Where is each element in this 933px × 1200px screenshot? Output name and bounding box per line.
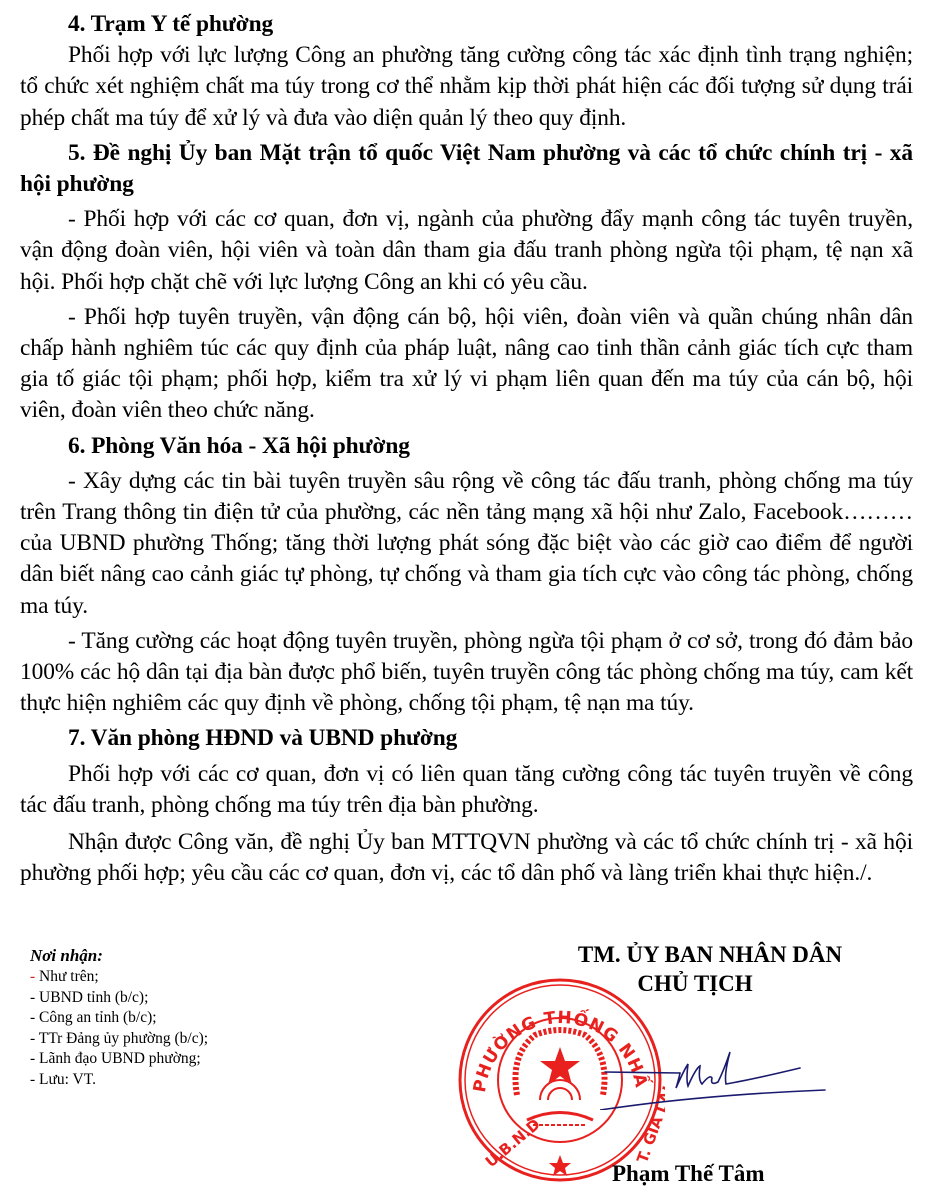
closing-paragraph: Nhận được Công văn, đề nghị Ủy ban MTTQV… (20, 827, 913, 889)
signer-name: Phạm Thế Tâm (612, 1160, 765, 1188)
section-7-paragraph-1: Phối hợp với các cơ quan, đơn vị có liên… (20, 759, 913, 821)
section-5-heading: 5. Đề nghị Ủy ban Mặt trận tổ quốc Việt … (20, 138, 913, 200)
recipient-item: - Lãnh đạo UBND phường; (30, 1049, 208, 1070)
handwritten-signature-icon (600, 1040, 830, 1110)
recipients-list: Nơi nhận: - Như trên; - UBND tỉnh (b/c);… (30, 945, 208, 1090)
section-6-paragraph-1: - Xây dựng các tin bài tuyên truyền sâu … (20, 466, 913, 622)
section-4-heading: 4. Trạm Y tế phường (20, 9, 913, 40)
section-4-paragraph-1: Phối hợp với lực lượng Công an phường tă… (20, 40, 913, 134)
section-6-heading: 6. Phòng Văn hóa - Xã hội phường (20, 431, 913, 462)
section-5-paragraph-2: - Phối hợp tuyên truyền, vận động cán bộ… (20, 302, 913, 427)
recipient-item: - TTr Đảng ủy phường (b/c); (30, 1029, 208, 1050)
recipient-item: - Lưu: VT. (30, 1070, 208, 1091)
signer-organization: TM. ỦY BAN NHÂN DÂN (470, 940, 910, 969)
section-5-paragraph-1: - Phối hợp với các cơ quan, đơn vị, ngàn… (20, 204, 913, 298)
section-7-heading: 7. Văn phòng HĐND và UBND phường (20, 723, 913, 754)
recipient-item: - Công an tỉnh (b/c); (30, 1008, 208, 1029)
signature-block: TM. ỦY BAN NHÂN DÂN CHỦ TỊCH (470, 940, 910, 998)
signer-position: CHỦ TỊCH (470, 969, 910, 998)
recipients-title: Nơi nhận: (30, 945, 208, 967)
recipient-item: - Như trên; (30, 967, 208, 988)
section-6-paragraph-2: - Tăng cường các hoạt động tuyên truyền,… (20, 626, 913, 720)
recipient-item: - UBND tỉnh (b/c); (30, 988, 208, 1009)
document-body: 4. Trạm Y tế phường Phối hợp với lực lượ… (20, 9, 913, 889)
